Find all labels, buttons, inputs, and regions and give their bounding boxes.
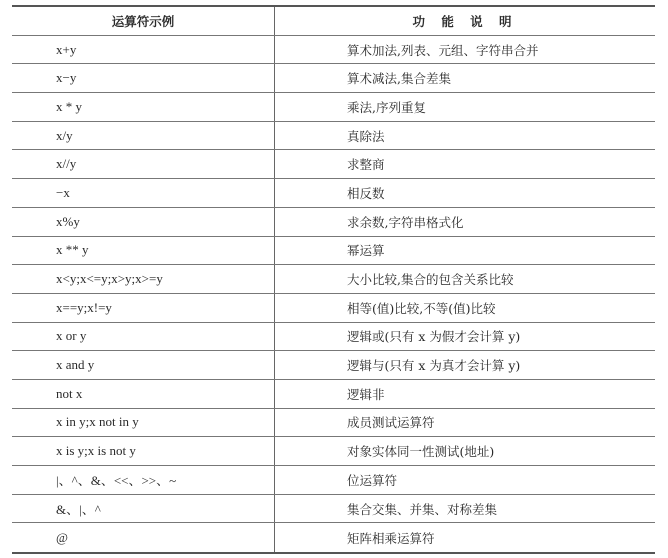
description-cell: 算术加法,列表、元组、字符串合并 xyxy=(275,36,655,64)
operator-cell: &、|、^ xyxy=(12,495,275,523)
operator-cell: x is y;x is not y xyxy=(12,437,275,465)
description-cell: 成员测试运算符 xyxy=(275,409,655,437)
header-operator-example: 运算符示例 xyxy=(12,7,275,35)
table-row: x and y 逻辑与(只有 x 为真才会计算 y) xyxy=(12,351,655,380)
operator-cell: x * y xyxy=(12,93,275,121)
table-row: x in y;x not in y 成员测试运算符 xyxy=(12,409,655,438)
table-row: x+y 算术加法,列表、元组、字符串合并 xyxy=(12,36,655,65)
table-row: not x 逻辑非 xyxy=(12,380,655,409)
description-cell: 逻辑非 xyxy=(275,380,655,408)
operator-cell: x%y xyxy=(12,208,275,236)
table-row: x//y 求整商 xyxy=(12,150,655,179)
operator-cell: −x xyxy=(12,179,275,207)
description-cell: 相等(值)比较,不等(值)比较 xyxy=(275,294,655,322)
description-cell: 集合交集、并集、对称差集 xyxy=(275,495,655,523)
description-cell: 求整商 xyxy=(275,150,655,178)
description-cell: 算术减法,集合差集 xyxy=(275,64,655,92)
table-row: x ** y 幂运算 xyxy=(12,237,655,266)
table-row: x is y;x is not y 对象实体同一性测试(地址) xyxy=(12,437,655,466)
description-cell: 真除法 xyxy=(275,122,655,150)
operator-cell: x//y xyxy=(12,150,275,178)
operators-table: 运算符示例 功 能 说 明 x+y 算术加法,列表、元组、字符串合并 x−y 算… xyxy=(12,5,655,554)
operator-cell: x==y;x!=y xyxy=(12,294,275,322)
table-row: x==y;x!=y 相等(值)比较,不等(值)比较 xyxy=(12,294,655,323)
table-row: @ 矩阵相乘运算符 xyxy=(12,523,655,552)
operator-cell: x/y xyxy=(12,122,275,150)
description-cell: 位运算符 xyxy=(275,466,655,494)
table-row: x%y 求余数,字符串格式化 xyxy=(12,208,655,237)
description-cell: 逻辑或(只有 x 为假才会计算 y) xyxy=(275,323,655,351)
operator-cell: x+y xyxy=(12,36,275,64)
operator-cell: x−y xyxy=(12,64,275,92)
table-row: x * y 乘法,序列重复 xyxy=(12,93,655,122)
description-cell: 求余数,字符串格式化 xyxy=(275,208,655,236)
operator-cell: @ xyxy=(12,523,275,552)
description-cell: 逻辑与(只有 x 为真才会计算 y) xyxy=(275,351,655,379)
table-row: x−y 算术减法,集合差集 xyxy=(12,64,655,93)
table-row: x<y;x<=y;x>y;x>=y 大小比较,集合的包含关系比较 xyxy=(12,265,655,294)
table-row: −x 相反数 xyxy=(12,179,655,208)
operator-cell: x and y xyxy=(12,351,275,379)
table-row: |、^、&、<<、>>、~ 位运算符 xyxy=(12,466,655,495)
operator-cell: x in y;x not in y xyxy=(12,409,275,437)
operator-cell: not x xyxy=(12,380,275,408)
operator-cell: |、^、&、<<、>>、~ xyxy=(12,466,275,494)
table-row: &、|、^ 集合交集、并集、对称差集 xyxy=(12,495,655,524)
table-row: x/y 真除法 xyxy=(12,122,655,151)
operator-cell: x or y xyxy=(12,323,275,351)
description-cell: 大小比较,集合的包含关系比较 xyxy=(275,265,655,293)
description-cell: 乘法,序列重复 xyxy=(275,93,655,121)
operator-cell: x<y;x<=y;x>y;x>=y xyxy=(12,265,275,293)
description-cell: 幂运算 xyxy=(275,237,655,265)
table-row: x or y 逻辑或(只有 x 为假才会计算 y) xyxy=(12,323,655,352)
description-cell: 对象实体同一性测试(地址) xyxy=(275,437,655,465)
table-header-row: 运算符示例 功 能 说 明 xyxy=(12,7,655,36)
header-function-description: 功 能 说 明 xyxy=(275,7,655,35)
description-cell: 相反数 xyxy=(275,179,655,207)
operator-cell: x ** y xyxy=(12,237,275,265)
description-cell: 矩阵相乘运算符 xyxy=(275,523,655,552)
